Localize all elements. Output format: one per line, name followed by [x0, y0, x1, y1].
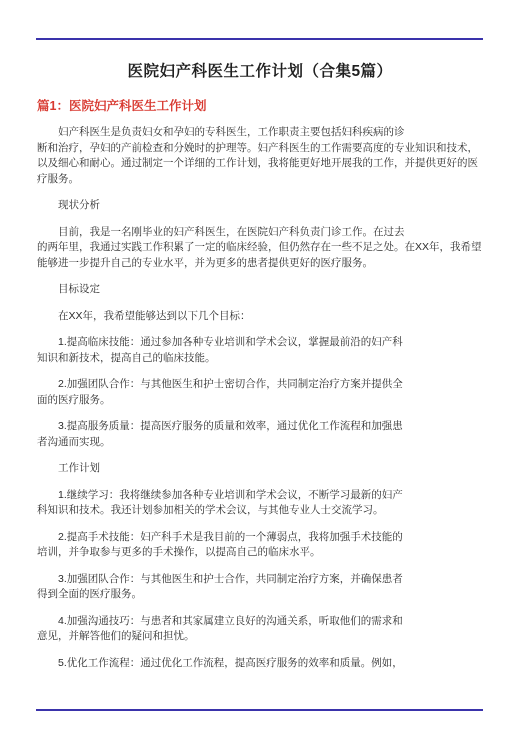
bottom-divider [36, 709, 483, 711]
page-title: 医院妇产科医生工作计划（合集5篇） [37, 61, 483, 82]
paragraph: 5.优化工作流程：通过优化工作流程，提高医疗服务的效率和质量。例如， [37, 656, 483, 672]
section-1-heading: 篇1：医院妇产科医生工作计划 [37, 99, 483, 114]
paragraph: 4.加强沟通技巧：与患者和其家属建立良好的沟通关系，听取他们的需求和 意见，并解… [37, 614, 483, 645]
paragraph: 3.提高服务质量：提高医疗服务的质量和效率，通过优化工作流程和加强患 者沟通而实… [37, 419, 483, 450]
sub-heading: 目标设定 [37, 282, 483, 298]
paragraph: 2.加强团队合作：与其他医生和护士密切合作，共同制定治疗方案并提供全 面的医疗服… [37, 377, 483, 408]
sub-heading: 工作计划 [37, 461, 483, 477]
document-content: 医院妇产科医生工作计划（合集5篇） 篇1：医院妇产科医生工作计划 妇产科医生是负… [37, 0, 483, 671]
sub-heading: 现状分析 [37, 198, 483, 214]
paragraph: 1.提高临床技能：通过参加各种专业培训和学术会议，掌握最前沿的妇产科 知识和新技… [37, 335, 483, 366]
document-body: 妇产科医生是负责妇女和孕妇的专科医生，工作职责主要包括妇科疾病的诊 断和治疗，孕… [37, 125, 483, 671]
paragraph: 2.提高手术技能：妇产科手术是我目前的一个薄弱点，我将加强手术技能的 培训，并争… [37, 530, 483, 561]
paragraph: 3.加强团队合作：与其他医生和护士合作，共同制定治疗方案，并确保患者 得到全面的… [37, 572, 483, 603]
paragraph: 1.继续学习：我将继续参加各种专业培训和学术会议，不断学习最新的妇产 科知识和技… [37, 488, 483, 519]
document-page: 医院妇产科医生工作计划（合集5篇） 篇1：医院妇产科医生工作计划 妇产科医生是负… [0, 0, 520, 736]
paragraph: 在XX年，我希望能够达到以下几个目标： [37, 309, 483, 325]
paragraph: 妇产科医生是负责妇女和孕妇的专科医生，工作职责主要包括妇科疾病的诊 断和治疗，孕… [37, 125, 483, 187]
paragraph: 目前，我是一名刚毕业的妇产科医生，在医院妇产科负责门诊工作。在过去 的两年里，我… [37, 225, 483, 272]
